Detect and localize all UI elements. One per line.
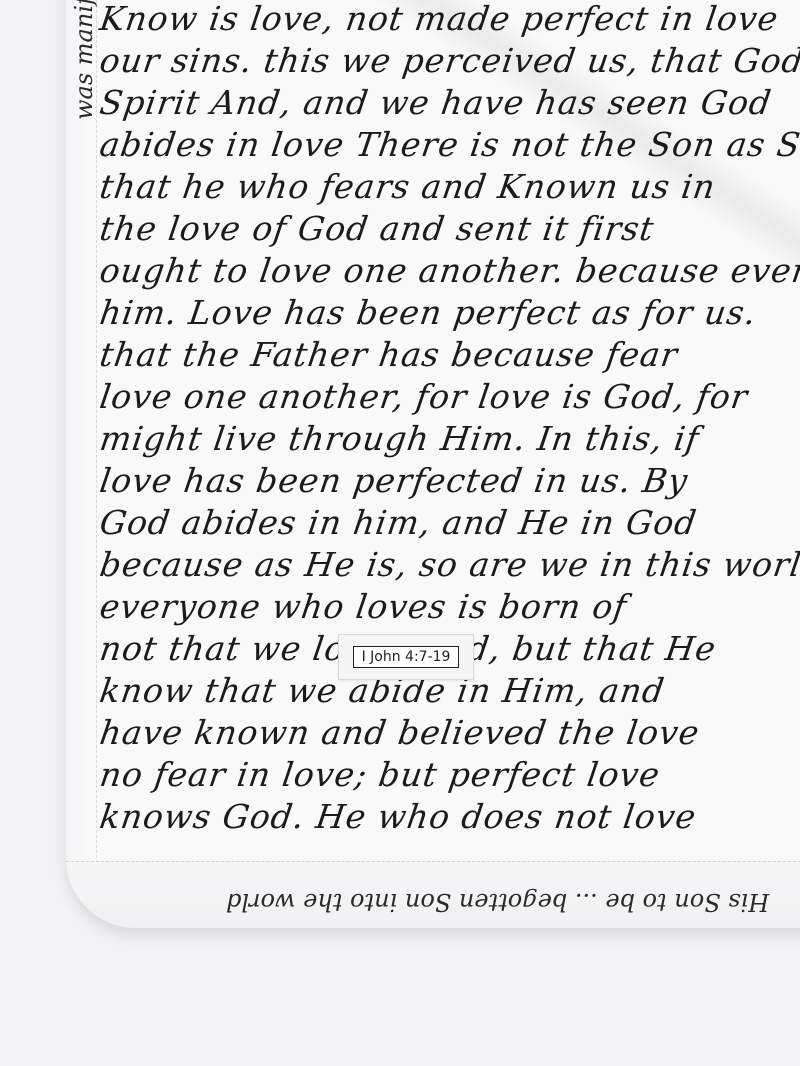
binding-script-text: was manifested	[70, 0, 98, 120]
script-line: our sins. this we perceived us, that God	[97, 40, 800, 82]
script-line: abides in love There is not the Son as S…	[97, 124, 800, 166]
scripture-label-text: I John 4:7-19	[353, 646, 460, 668]
script-line: everyone who loves is born of	[97, 586, 800, 628]
scripture-label-tag: I John 4:7-19	[338, 634, 474, 680]
script-line: because as He is, so are we in this worl…	[97, 544, 800, 586]
script-line: Spirit And, and we have has seen God	[97, 82, 800, 124]
script-line: him. Love has been perfect as for us.	[97, 292, 800, 334]
script-line: God abides in him, and He in God	[97, 502, 800, 544]
script-line: ought to love one another. because even …	[97, 250, 800, 292]
script-line: the love of God and sent it first	[97, 208, 800, 250]
blanket-left-binding	[66, 0, 97, 928]
script-line: that the Father has because fear	[97, 334, 800, 376]
product-photo: Know is love, not made perfect in love o…	[0, 0, 800, 1066]
script-line: knows God. He who does not love	[97, 796, 800, 838]
script-line: Know is love, not made perfect in love	[97, 0, 800, 40]
handwritten-script: Know is love, not made perfect in love o…	[100, 0, 800, 838]
bottom-binding-script-text: His Son to be ... begotten Son into the …	[226, 888, 769, 916]
script-line: love one another, for love is God, for	[97, 376, 800, 418]
script-line: might live through Him. In this, if	[97, 418, 800, 460]
blanket: Know is love, not made perfect in love o…	[66, 0, 800, 928]
script-line: have known and believed the love	[97, 712, 800, 754]
script-line: love has been perfected in us. By	[97, 460, 800, 502]
script-line: no fear in love; but perfect love	[97, 754, 800, 796]
script-line: that he who fears and Known us in	[97, 166, 800, 208]
